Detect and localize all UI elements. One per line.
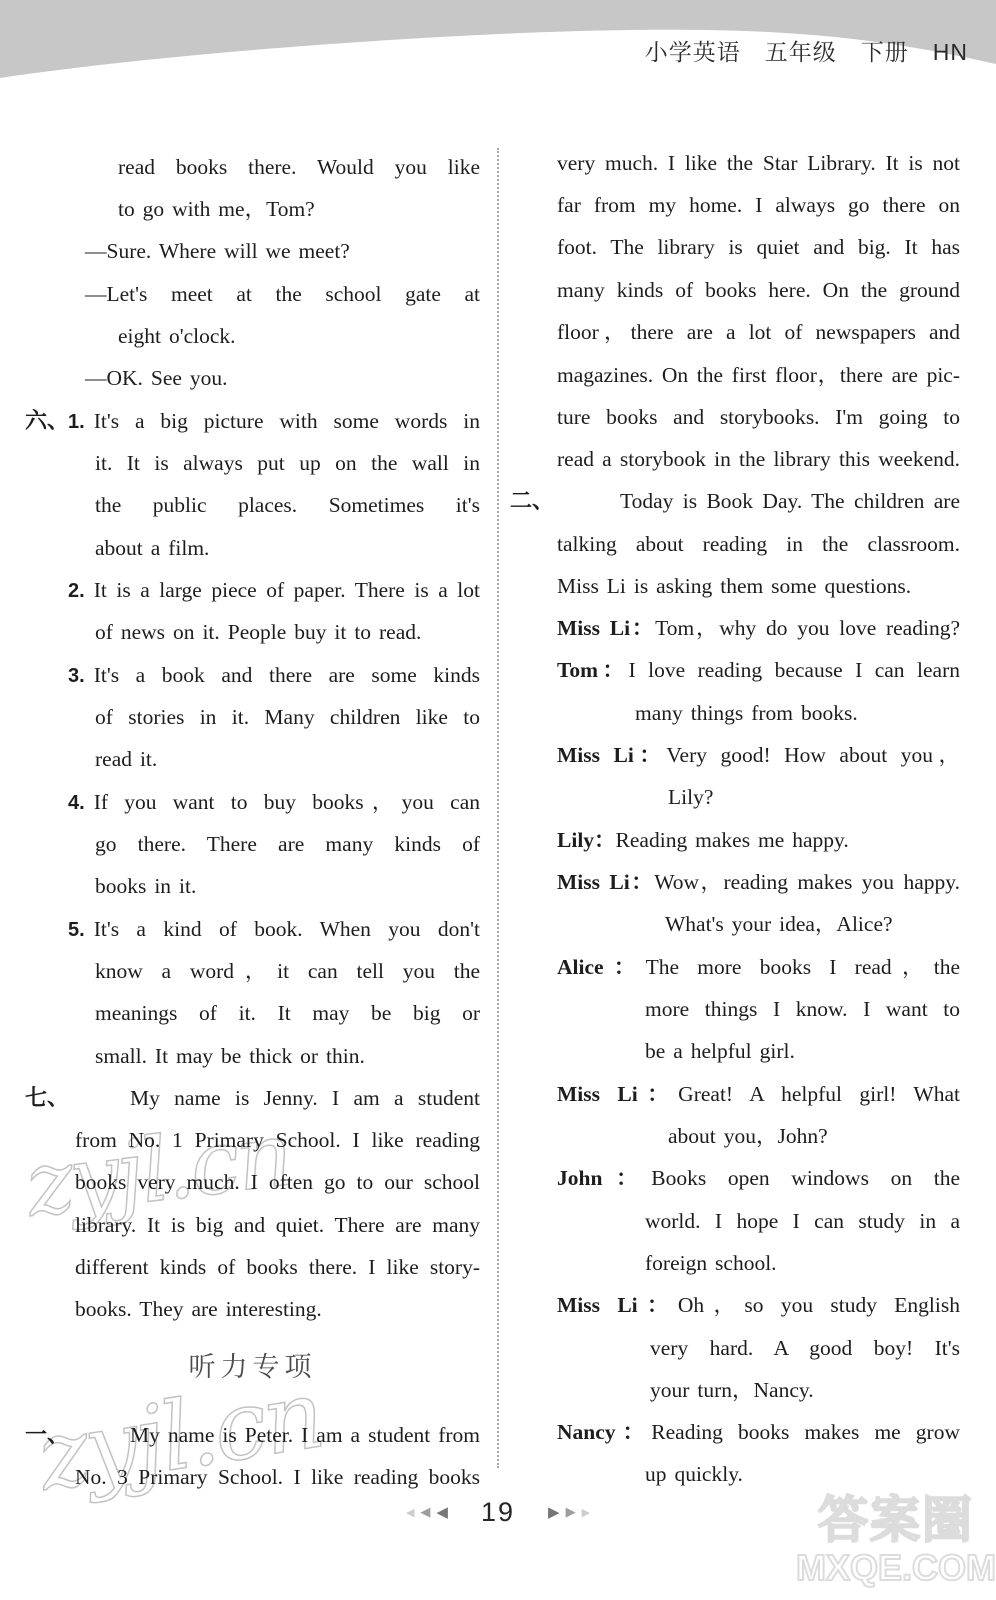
text-line: John：Books open windows on the [557,1163,960,1193]
text-line: Lily? [668,782,713,812]
text-line: foreign school. [645,1248,777,1278]
text-line: eight o'clock. [118,321,236,351]
text-line: Miss Li：Great! A helpful girl! What [557,1079,960,1109]
text-line: Nancy：Reading books makes me grow [557,1417,960,1447]
speaker-label: Tom： [557,658,629,682]
text-line: go there. There are many kinds of [95,829,480,859]
text-line: Miss Li：Very good! How about you， [557,740,960,770]
text-line: read it. [95,744,157,774]
page-number: 19 [481,1497,515,1528]
text-line: Tom：I love reading because I can learn [557,655,960,685]
text-line: Lily：Reading makes me happy. [557,825,849,855]
text-line: 5.It's a kind of book. When you don't [68,914,480,945]
text-line: 2.It is a large piece of paper. There is… [68,575,480,606]
speaker-label: Miss Li： [557,743,666,767]
listening-section-heading: 听力专项 [25,1345,480,1384]
text-line: —Let's meet at the school gate at [85,279,480,309]
speaker-label: Alice： [557,955,646,979]
text-line: many kinds of books here. On the ground [557,275,960,305]
text-line: to go with me，Tom? [118,194,315,224]
text-line: about a film. [95,533,209,563]
text-line: —OK. See you. [85,363,228,393]
chevron-right-icon: ▶ [566,1506,576,1519]
section-one-marker: 一、 [25,1420,69,1450]
text-line: of news on it. People buy it to read. [95,617,421,647]
text-line: 1.It's a big picture with some words in [68,406,480,437]
text-line: very hard. A good boy! It's [650,1333,960,1363]
text-line: far from my home. I always go there on [557,190,960,220]
text-line: Today is Book Day. The children are [620,486,960,516]
text-line: Miss Li：Tom，why do you love reading? [557,613,960,643]
text-line: of stories in it. Many children like to [95,702,480,732]
section-seven-marker: 七、 [25,1083,69,1113]
text-line: it. It is always put up on the wall in [95,448,480,478]
text-line: What's your idea，Alice? [665,909,893,939]
text-line: up quickly. [645,1459,743,1489]
item-number: 1. [68,411,85,433]
text-line: library. It is big and quiet. There are … [75,1210,480,1240]
item-number: 3. [68,665,85,687]
text-line: books. They are interesting. [75,1294,322,1324]
speaker-label: Nancy： [557,1420,651,1444]
pagination: ◀ ◀ ◀ 19 ▶ ▶ ▶ [0,1492,996,1532]
speaker-label: Miss Li： [557,870,654,894]
text-line: 3.It's a book and there are some kinds [68,660,480,691]
chevron-right-icon: ▶ [582,1507,590,1518]
speaker-label: Lily： [557,828,616,852]
item-number: 5. [68,919,85,941]
text-line: foot. The library is quiet and big. It h… [557,232,960,262]
speaker-label: Miss Li： [557,1082,678,1106]
text-line: read books there. Would you like [118,152,480,182]
text-line: 4.If you want to buy books，you can [68,787,480,818]
text-line: talking about reading in the classroom. [557,529,960,559]
text-line: many things from books. [635,698,858,728]
chevron-left-icon: ◀ [436,1505,448,1520]
text-line: Alice：The more books I read，the [557,952,960,982]
text-line: from No. 1 Primary School. I like readin… [75,1125,480,1155]
text-line: world. I hope I can study in a [645,1206,960,1236]
text-line: books very much. I often go to our schoo… [75,1167,480,1197]
text-line: meanings of it. It may be big or [95,998,480,1028]
text-line: My name is Jenny. I am a student [130,1083,480,1113]
chevron-left-icon: ◀ [420,1506,430,1519]
text-line: magazines. On the first floor，there are … [557,360,960,390]
text-line: be a helpful girl. [645,1036,795,1066]
chevron-left-icon: ◀ [406,1507,414,1518]
text-line: books in it. [95,871,196,901]
item-number: 4. [68,792,85,814]
speaker-label: Miss Li： [557,616,655,640]
column-divider [497,148,499,1468]
book-edition-title: 小学英语 五年级 下册 HN [645,34,968,67]
brand-site-text: MXQE.COM [796,1548,996,1588]
item-number: 2. [68,580,85,602]
text-line: your turn，Nancy. [650,1375,814,1405]
text-line: Miss Li：Wow，reading makes you happy. [557,867,960,897]
text-line: No. 3 Primary School. I like reading boo… [75,1462,480,1492]
text-line: the public places. Sometimes it's [95,490,480,520]
text-line: Miss Li is asking them some questions. [557,571,911,601]
text-line: more things I know. I want to [645,994,960,1024]
book-page: 小学英语 五年级 下册 HN 听力专项 zyjl.cn zyjl.cn 答案圈 … [0,0,996,1600]
text-line: ture books and storybooks. I'm going to [557,402,960,432]
speaker-label: John： [557,1166,651,1190]
text-line: very much. I like the Star Library. It i… [557,148,960,178]
text-line: Miss Li：Oh，so you study English [557,1290,960,1320]
chevron-right-icon: ▶ [548,1505,560,1520]
text-line: read a storybook in the library this wee… [557,444,960,474]
speaker-label: Miss Li： [557,1293,678,1317]
text-line: —Sure. Where will we meet? [85,236,350,266]
text-line: small. It may be thick or thin. [95,1041,365,1071]
text-line: about you，John? [668,1121,828,1151]
text-line: different kinds of books there. I like s… [75,1252,480,1282]
section-six-marker: 六、 [25,406,69,436]
text-line: My name is Peter. I am a student from [130,1420,480,1450]
section-two-marker: 二、 [510,486,554,516]
text-line: know a word，it can tell you the [95,956,480,986]
text-line: floor，there are a lot of newspapers and [557,317,960,347]
